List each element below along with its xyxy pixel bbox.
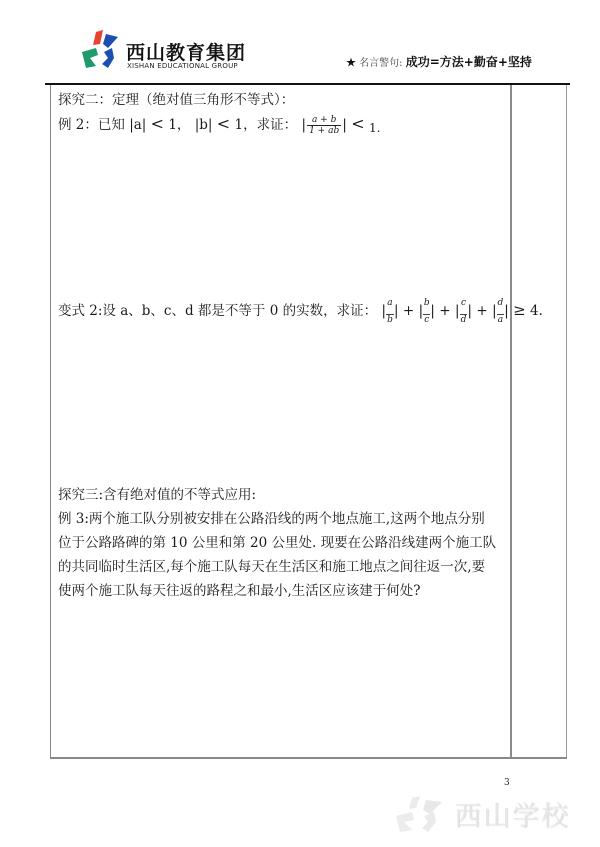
fraction-denominator: 1 + ab [307,126,341,136]
plus-sign: + [476,303,487,319]
page-number: 3 [504,778,510,788]
page-header: 西山教育集团 XISHAN EDUCATIONAL GROUP ★ 名言警句: … [0,0,600,86]
less-than-sign: < [217,114,230,133]
motto-label: 名言警句: [359,58,402,69]
abs-bar: | [504,303,509,319]
watermark-logo-icon [392,794,452,834]
notes-cell [512,85,567,757]
variant2: 变式 2:设 a、b、c、d 都是不等于 0 的实数，求证： |ab| + |b… [58,298,543,325]
example2-prefix: 例 2：已知 [58,117,125,133]
plus-sign: + [403,303,414,319]
example3-line: 使两个施工队每天往返的路程之和最小,生活区应该建于何处? [58,581,421,601]
condition-a: |a| [129,117,146,133]
value-one: 1， [168,117,190,133]
example3-line: 例 3:两个施工队分别被安排在公路沿线的两个地点施工,这两个地点分别 [58,509,485,529]
abs-bar: | [467,303,472,319]
watermark-text: 西山学校 [454,794,570,833]
less-than-sign: < [351,114,364,133]
prove-label: 1，求证： [234,117,297,133]
main-content-cell: 探究二：定理（绝对值三角形不等式）： 例 2：已知 |a| < 1， |b| <… [58,85,508,757]
abs-bar: | [394,303,399,319]
abs-bar-right: | [342,117,347,133]
star-icon: ★ [346,58,356,69]
fraction: a + b1 + ab [307,115,341,136]
example2: 例 2：已知 |a| < 1， |b| < 1，求证： |a + b1 + ab… [58,114,380,138]
example3-line: 的共同临时生活区,每个施工队每天在生活区和施工地点之间往返一次,要 [58,557,485,577]
result-value: 1. [369,121,380,135]
example3-line: 位于公路路碑的第 10 公里和第 20 公里处. 现要在公路沿线建两个施工队 [58,533,496,553]
logo-name-cn: 西山教育集团 [126,38,246,65]
plus-sign: + [439,303,450,319]
variant2-prefix: 变式 2:设 a、b、c、d 都是不等于 0 的实数，求证： [58,303,377,319]
fraction-a-over-b: ab [386,298,394,325]
section2-title: 探究二：定理（绝对值三角形不等式）： [58,90,294,110]
motto-content: 成功=方法+勤奋+坚持 [406,55,532,69]
motto: ★ 名言警句: 成功=方法+勤奋+坚持 [346,53,532,70]
abs-bar: | [430,303,435,319]
logo-name-en: XISHAN EDUCATIONAL GROUP [127,62,238,70]
condition-b: |b| [195,117,213,133]
fraction-d-over-a: da [497,298,504,325]
xishan-logo-icon [78,28,124,74]
worksheet-table: 探究二：定理（绝对值三角形不等式）： 例 2：已知 |a| < 1， |b| <… [50,85,567,759]
abs-bar-left: | [301,117,306,133]
fraction-numerator: a + b [307,115,341,126]
watermark: 西山学校 [392,790,592,835]
less-than-sign: < [151,114,164,133]
section3-title: 探究三:含有绝对值的不等式应用: [58,485,256,505]
